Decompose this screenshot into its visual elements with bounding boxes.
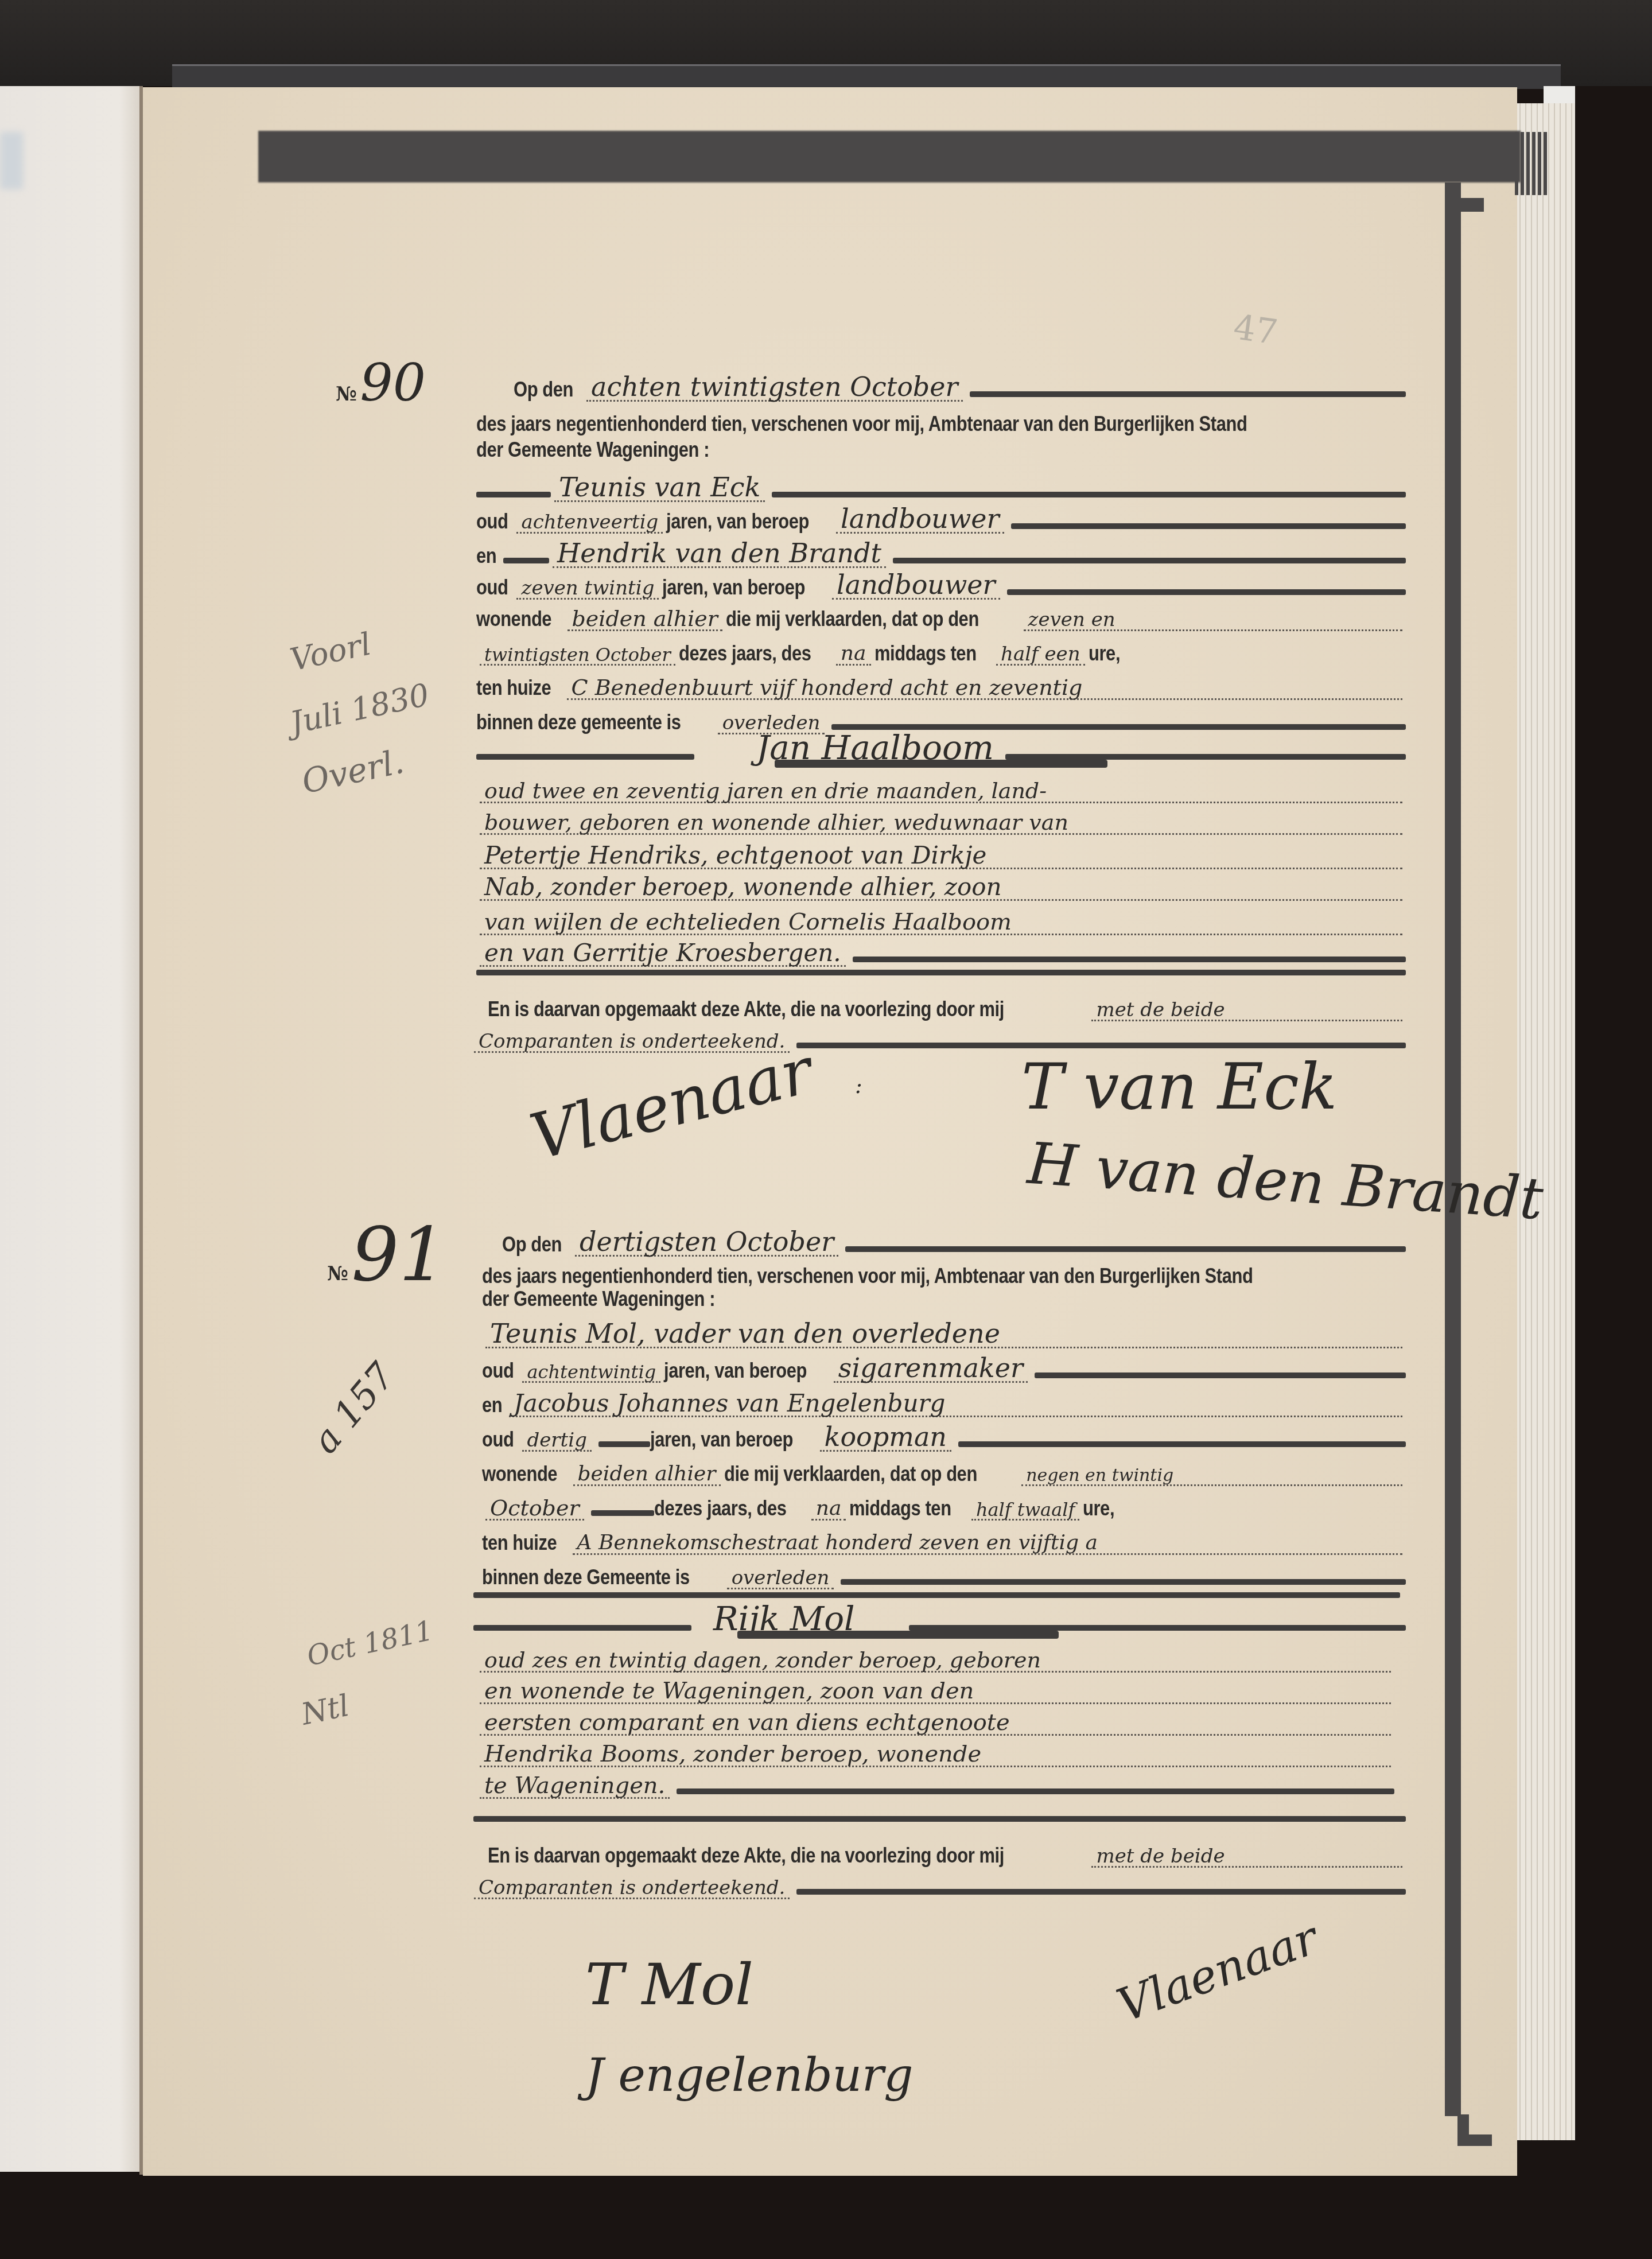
act-number: № 90 bbox=[336, 353, 426, 413]
label-wonende: wonende bbox=[482, 1462, 557, 1486]
fill-rule bbox=[503, 558, 549, 563]
fill-rule bbox=[591, 1510, 654, 1516]
fill-rule bbox=[796, 1043, 1406, 1048]
number-value: 90 bbox=[360, 353, 426, 413]
label-verklaarden: die mij verklaarden, dat op den bbox=[726, 607, 979, 631]
label-op-den: Op den bbox=[502, 1232, 562, 1257]
closing-rule bbox=[476, 970, 1406, 975]
act90-date: achten twintigsten October bbox=[586, 374, 963, 402]
fill-rule bbox=[853, 957, 1406, 962]
act91-hour: half twaalf bbox=[971, 1500, 1079, 1521]
act91-gemeente-line: der Gemeente Wageningen : bbox=[482, 1277, 1412, 1311]
fill-rule bbox=[845, 1246, 1406, 1252]
act90-declarant1-age: achtenveertig bbox=[516, 512, 663, 534]
act91-declarant2-occupation: koopman bbox=[820, 1424, 951, 1452]
fill-rule bbox=[772, 492, 1406, 497]
label-en: en bbox=[482, 1393, 502, 1417]
decedent-underline bbox=[737, 1631, 1059, 1639]
act91-death-day: negen en twintig bbox=[1021, 1467, 1402, 1486]
act90-detail-line: Nab, zonder beroep, wonende alhier, zoon bbox=[476, 866, 1406, 901]
label-verklaarden: die mij verklaarden, dat op den bbox=[724, 1462, 977, 1486]
page-stain bbox=[0, 132, 23, 189]
act91-decedent-line: Rijk Mol bbox=[473, 1595, 1406, 1635]
label-op-den: Op den bbox=[514, 378, 573, 402]
act90-closing-line: En is daarvan opgemaakt deze Akte, die n… bbox=[488, 987, 1406, 1021]
signature-declarant2: J engelenburg bbox=[585, 2048, 914, 2102]
act90-detail-line: bouwer, geboren en wonende alhier, weduw… bbox=[476, 800, 1406, 835]
act91-detail-line: oud zes en twintig dagen, zonder beroep,… bbox=[476, 1638, 1394, 1673]
act91-address: A Bennekomschestraat honderd zeven en vi… bbox=[573, 1533, 1402, 1555]
closing-text: En is daarvan opgemaakt deze Akte, die n… bbox=[488, 997, 1004, 1021]
act91-declarant2-name: Jacobus Johannes van Engelenburg bbox=[509, 1391, 1402, 1417]
act91-death-time-line: October dezes jaars, des na middags ten … bbox=[482, 1486, 1406, 1521]
act90-declarant2-occupation: landbouwer bbox=[832, 571, 1000, 600]
act90-decedent-line: Jan Haalboom bbox=[476, 724, 1406, 764]
signature-colon: : bbox=[855, 1073, 862, 1098]
act91-closing-line-2: Comparanten is onderteekend. bbox=[471, 1865, 1406, 1899]
left-page bbox=[0, 86, 141, 2172]
act91-detail-line: en wonende te Wageningen, zoon van den bbox=[476, 1670, 1394, 1704]
act90-hour: half een bbox=[996, 644, 1085, 666]
act91-residence-line: wonende beiden alhier die mij verklaarde… bbox=[482, 1452, 1406, 1486]
act91-detail: en wonende te Wageningen, zoon van den bbox=[480, 1679, 1391, 1704]
act90-declarant2-age-line: oud zeven twintig jaren, van beroep land… bbox=[476, 565, 1406, 600]
act91-detail: Hendrika Booms, zonder beroep, wonende bbox=[480, 1743, 1391, 1767]
page-corner-mark bbox=[1457, 2114, 1492, 2146]
act91-time-of-day: na bbox=[811, 1498, 846, 1521]
label-jaren-beroep: jaren, van beroep bbox=[666, 510, 809, 534]
act90-declarant2-line: en Hendrik van den Brandt bbox=[476, 534, 1406, 568]
fill-rule bbox=[841, 1579, 1406, 1585]
act91-declarant2-age-line: oud dertig jaren, van beroep koopman bbox=[482, 1417, 1406, 1452]
act90-address: C Benedenbuurt vijf honderd acht en zeve… bbox=[567, 676, 1402, 700]
act90-date-line: Op den achten twintigsten October bbox=[514, 367, 1406, 402]
act90-declarant2-name: Hendrik van den Brandt bbox=[553, 540, 886, 568]
act91-declarant1-age-line: oud achtentwintig jaren, van beroep siga… bbox=[482, 1348, 1406, 1383]
label-binnen: binnen deze Gemeente is bbox=[482, 1565, 690, 1589]
decedent-underline bbox=[775, 760, 1107, 768]
act91-declarant1-line: Teunis Mol, vader van den overledene bbox=[482, 1314, 1406, 1348]
act91-declarant2-age: dertig bbox=[522, 1430, 591, 1452]
faint-folio-number: 47 bbox=[1231, 307, 1280, 353]
fill-rule bbox=[1011, 523, 1406, 529]
act90-detail-line: Petertje Hendriks, echtgenoot van Dirkje bbox=[476, 835, 1406, 869]
page-stack-edges bbox=[1509, 103, 1575, 2140]
act91-detail-line: Hendrika Booms, zonder beroep, wonende bbox=[476, 1733, 1394, 1767]
act90-death-time-line: twintigsten October dezes jaars, des na … bbox=[476, 631, 1406, 666]
act90-detail: van wijlen de echtelieden Cornelis Haalb… bbox=[480, 911, 1402, 935]
fill-rule bbox=[677, 1788, 1394, 1794]
fill-rule bbox=[1005, 754, 1406, 760]
label-dezes-jaars: dezes jaars, des bbox=[679, 641, 811, 666]
act91-closing-b: Comparanten is onderteekend. bbox=[474, 1878, 790, 1899]
fill-rule bbox=[476, 754, 694, 760]
gemeente-label: der Gemeente Wageningen : bbox=[476, 438, 709, 462]
signature-declarant1: T Mol bbox=[585, 1951, 753, 2018]
page-frame-top-bar bbox=[258, 131, 1521, 182]
fill-rule bbox=[970, 391, 1406, 397]
act90-detail: en van Gerritje Kroesbergen. bbox=[480, 941, 846, 967]
act91-declarant2-line: en Jacobus Johannes van Engelenburg bbox=[482, 1383, 1406, 1417]
label-oud: oud bbox=[476, 510, 508, 534]
label-jaren-beroep: jaren, van beroep bbox=[650, 1428, 793, 1452]
act91-verb: overleden bbox=[727, 1568, 834, 1589]
book-cover-edge bbox=[172, 64, 1561, 89]
act91-residence: beiden alhier bbox=[573, 1464, 721, 1486]
act90-detail-line: oud twee en zeventig jaren en drie maand… bbox=[476, 769, 1406, 803]
act90-address-line: ten huize C Benedenbuurt vijf honderd ac… bbox=[476, 666, 1406, 700]
signature-declarant1: T van Eck bbox=[1021, 1050, 1337, 1123]
act90-detail: oud twee en zeventig jaren en drie maand… bbox=[480, 780, 1402, 803]
label-oud: oud bbox=[476, 576, 508, 600]
act91-detail-line: te Wageningen. bbox=[476, 1764, 1394, 1799]
act91-death-month: October bbox=[485, 1497, 584, 1521]
fill-rule bbox=[473, 1625, 691, 1631]
fill-rule bbox=[1035, 1372, 1406, 1378]
act90-declarant1-occupation: landbouwer bbox=[836, 506, 1004, 534]
label-dezes-jaars: dezes jaars, des bbox=[654, 1496, 787, 1521]
label-oud: oud bbox=[482, 1428, 514, 1452]
act90-residence: beiden alhier bbox=[567, 608, 722, 631]
act90-gemeente-line: der Gemeente Wageningen : bbox=[476, 427, 1406, 462]
act91-detail: oud zes en twintig dagen, zonder beroep,… bbox=[480, 1649, 1391, 1673]
act91-detail: eersten comparant en van diens echtgenoo… bbox=[480, 1711, 1391, 1736]
page-frame-right-bar bbox=[1445, 182, 1461, 2116]
label-jaren-beroep: jaren, van beroep bbox=[662, 576, 805, 600]
act91-verb-line: binnen deze Gemeente is overleden bbox=[482, 1555, 1406, 1589]
act90-declarant1-name: Teunis van Eck bbox=[554, 474, 765, 502]
label-middags: middags ten bbox=[849, 1496, 951, 1521]
act90-detail-line: en van Gerritje Kroesbergen. bbox=[476, 932, 1406, 967]
act90-declarant1-line: Teunis van Eck bbox=[476, 468, 1406, 502]
act90-death-month: twintigsten October bbox=[480, 646, 675, 666]
act90-death-day: zeven en bbox=[1024, 610, 1402, 631]
number-prefix: № bbox=[336, 383, 357, 406]
gemeente-label: der Gemeente Wageningen : bbox=[482, 1287, 715, 1311]
number-value: 91 bbox=[352, 1211, 446, 1298]
act90-detail: bouwer, geboren en wonende alhier, weduw… bbox=[480, 811, 1402, 835]
label-middags: middags ten bbox=[874, 641, 977, 666]
number-prefix: № bbox=[327, 1262, 348, 1285]
label-wonende: wonende bbox=[476, 607, 551, 631]
act90-residence-line: wonende beiden alhier die mij verklaarde… bbox=[476, 597, 1406, 631]
act91-date: dertigsten October bbox=[575, 1228, 838, 1257]
fill-rule bbox=[598, 1441, 650, 1447]
label-ure: ure, bbox=[1089, 641, 1120, 666]
act91-closing-line: En is daarvan opgemaakt deze Akte, die n… bbox=[488, 1833, 1406, 1868]
label-en: en bbox=[476, 544, 496, 568]
act91-detail: te Wageningen. bbox=[480, 1774, 670, 1799]
act91-declarant1-name: Teunis Mol, vader van den overledene bbox=[485, 1320, 1402, 1348]
page-edge-stamp bbox=[1515, 132, 1549, 195]
label-oud: oud bbox=[482, 1359, 514, 1383]
closing-rule bbox=[473, 1816, 1406, 1822]
fill-rule bbox=[476, 492, 551, 497]
act91-declarant1-occupation: sigarenmaker bbox=[834, 1355, 1028, 1383]
act90-closing-line-2: Comparanten is onderteekend. bbox=[471, 1018, 1406, 1053]
fill-rule bbox=[958, 1441, 1406, 1447]
fill-rule bbox=[909, 1625, 1406, 1631]
fill-rule bbox=[893, 558, 1406, 563]
fill-rule bbox=[1007, 589, 1406, 595]
act91-declarant1-age: achtentwintig bbox=[522, 1363, 660, 1383]
page-frame-nub bbox=[1461, 198, 1484, 212]
closing-text: En is daarvan opgemaakt deze Akte, die n… bbox=[488, 1844, 1004, 1868]
act90-detail: Nab, zonder beroep, wonende alhier, zoon bbox=[480, 875, 1402, 901]
act91-address-line: ten huize A Bennekomschestraat honderd z… bbox=[482, 1521, 1406, 1555]
act90-time-of-day: na bbox=[836, 643, 871, 666]
act91-date-line: Op den dertigsten October bbox=[502, 1222, 1406, 1257]
act90-detail-line: van wijlen de echtelieden Cornelis Haalb… bbox=[476, 901, 1406, 935]
act90-declarant1-age-line: oud achtenveertig jaren, van beroep land… bbox=[476, 499, 1406, 534]
act91-detail-line: eersten comparant en van diens echtgenoo… bbox=[476, 1701, 1394, 1736]
fill-rule bbox=[796, 1889, 1406, 1895]
label-ure: ure, bbox=[1083, 1496, 1114, 1521]
act90-detail: Petertje Hendriks, echtgenoot van Dirkje bbox=[480, 843, 1402, 869]
act-number: № 91 bbox=[327, 1211, 446, 1298]
label-ten-huize: ten huize bbox=[482, 1531, 557, 1555]
label-jaren-beroep: jaren, van beroep bbox=[664, 1359, 807, 1383]
label-ten-huize: ten huize bbox=[476, 676, 551, 700]
